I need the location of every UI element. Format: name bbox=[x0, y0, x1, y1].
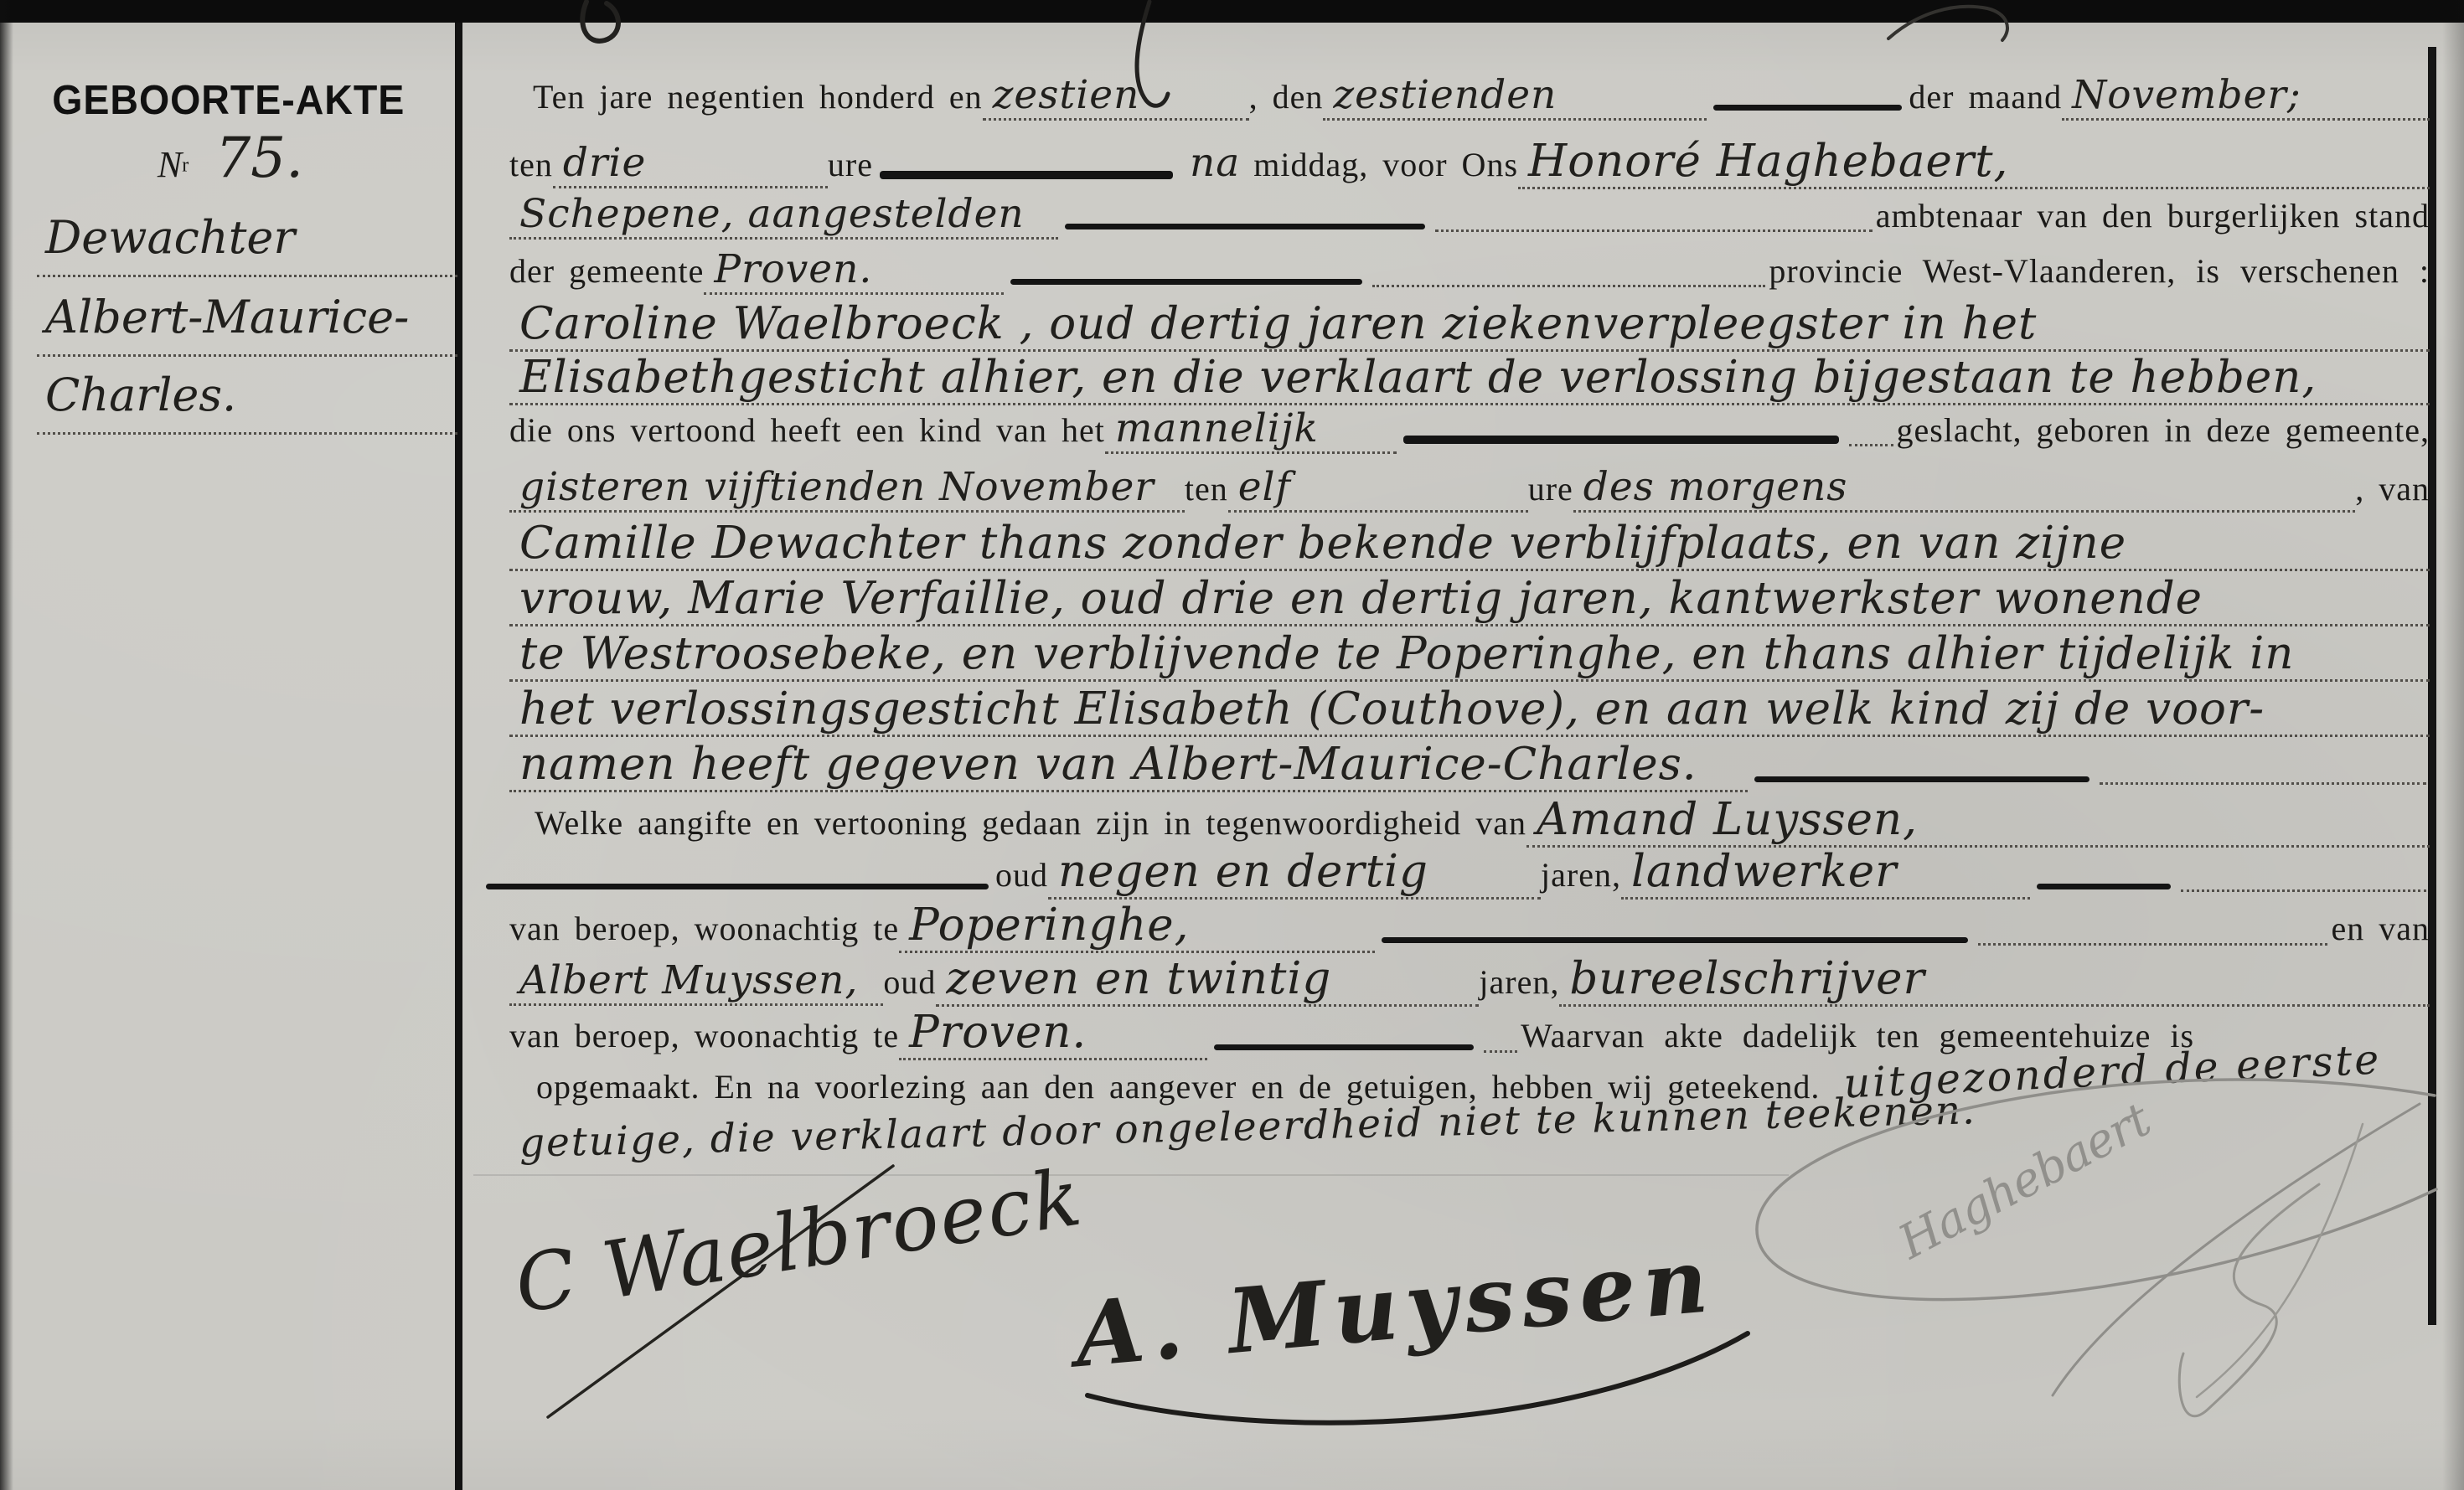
handwritten-entry: Proven. bbox=[899, 1008, 1207, 1060]
printed-text: Welke aangifte en vertooning gedaan zijn… bbox=[535, 802, 1526, 844]
printed-text: ten bbox=[509, 144, 553, 186]
printed-text: der gemeente bbox=[509, 250, 704, 292]
pencil-squiggle bbox=[2179, 1184, 2319, 1416]
form-line-17: Albert Muyssen, oud zeven en twintig jar… bbox=[509, 955, 2430, 1007]
witness-signature-1: C Waelbroeck bbox=[509, 1152, 1089, 1331]
handwritten-entry: Schepene, aangestelden bbox=[509, 193, 1058, 240]
witness-signature-2: A. Muyssen bbox=[1071, 1227, 1719, 1387]
margin-name-line-1: Dewachter bbox=[37, 211, 457, 277]
form-line-11: te Westroosebeke, en verblijvende te Pop… bbox=[509, 630, 2430, 682]
fill-line bbox=[1754, 776, 2089, 782]
scan-left-edge bbox=[0, 0, 13, 1490]
fill-line bbox=[1010, 279, 1362, 285]
dotted-leader bbox=[1435, 229, 1873, 232]
printed-text: der maand bbox=[1909, 76, 2062, 118]
printed-text: geslacht, geboren in deze gemeente, bbox=[1897, 410, 2430, 451]
margin-name-line-2: Albert-Maurice- bbox=[37, 291, 457, 357]
printed-text: van beroep, woonachtig te bbox=[509, 908, 899, 950]
form-line-16: van beroep, woonachtig te Poperinghe, en… bbox=[509, 901, 2430, 953]
scan-right-edge bbox=[2442, 0, 2464, 1490]
handwritten-entry: gisteren vijftienden November bbox=[509, 466, 1185, 513]
form-line-13: namen heeft gegeven van Albert-Maurice-C… bbox=[509, 740, 2430, 792]
scan-top-edge bbox=[0, 0, 2464, 23]
form-line-12: het verlossingsgesticht Elisabeth (Couth… bbox=[509, 685, 2430, 737]
pencil-tail-stroke bbox=[2197, 1124, 2363, 1397]
handwritten-entry: vrouw, Marie Verfaillie, oud drie en der… bbox=[509, 575, 2430, 626]
printed-text: Ten jare negentien honderd en bbox=[533, 76, 983, 118]
form-line-9: Camille Dewachter thans zonder bekende v… bbox=[509, 519, 2430, 571]
handwritten-entry: Poperinghe, bbox=[899, 901, 1375, 953]
dotted-leader bbox=[2100, 782, 2426, 785]
printed-text: ure bbox=[828, 144, 873, 186]
dotted-leader bbox=[1978, 943, 2327, 946]
fill-line bbox=[1713, 105, 1902, 111]
handwritten-entry: het verlossingsgesticht Elisabeth (Couth… bbox=[509, 685, 2430, 737]
handwritten-entry: November; bbox=[2062, 74, 2430, 121]
fill-line bbox=[1065, 224, 1425, 229]
printed-text: , van bbox=[2355, 468, 2430, 510]
form-line-8: gisteren vijftienden November ten elf ur… bbox=[509, 466, 2430, 513]
fill-line bbox=[486, 884, 989, 889]
handwritten-entry: Honoré Haghebaert, bbox=[1518, 137, 2430, 189]
record-number: Nr 75. bbox=[34, 126, 427, 190]
printed-text: ten bbox=[1185, 468, 1228, 510]
handwritten-entry: Proven. bbox=[704, 248, 1004, 295]
form-line-3: Schepene, aangestelden ambtenaar van den… bbox=[509, 193, 2430, 240]
form-line-15: oud negen en dertig jaren, landwerker bbox=[509, 848, 2430, 900]
fill-line bbox=[1403, 436, 1839, 444]
printed-text: van beroep, woonachtig te bbox=[509, 1015, 899, 1057]
handwritten-entry: zeven en twintig bbox=[936, 955, 1479, 1007]
handwritten-entry: landwerker bbox=[1621, 848, 2030, 900]
fill-line bbox=[880, 171, 1173, 179]
paper-crease bbox=[473, 1174, 1789, 1176]
handwritten-entry: Elisabethgesticht alhier, en die verklaa… bbox=[509, 353, 2430, 405]
record-number-value: 75. bbox=[215, 126, 303, 190]
handwritten-entry: elf bbox=[1228, 466, 1528, 513]
printed-text: ure bbox=[1528, 468, 1573, 510]
handwritten-entry: Camille Dewachter thans zonder bekende v… bbox=[509, 519, 2430, 571]
handwritten-entry: mannelijk bbox=[1105, 407, 1397, 454]
printed-text: provincie West-Vlaanderen, is verschenen… bbox=[1769, 250, 2430, 292]
printed-text: ambtenaar van den burgerlijken stand bbox=[1876, 195, 2430, 237]
form-line-1: Ten jare negentien honderd en zestien , … bbox=[509, 74, 2430, 121]
record-number-label: N bbox=[158, 144, 182, 185]
fill-line bbox=[2037, 884, 2171, 889]
form-line-14: Welke aangifte en vertooning gedaan zijn… bbox=[509, 796, 2430, 848]
form-line-5: Caroline Waelbroeck , oud dertig jaren z… bbox=[509, 300, 2430, 352]
form-line-4: der gemeente Proven. provincie West-Vlaa… bbox=[509, 248, 2430, 295]
dotted-leader bbox=[2181, 889, 2426, 892]
printed-text: jaren, bbox=[1541, 854, 1621, 896]
form-line-7: die ons vertoond heeft een kind van het … bbox=[509, 407, 2430, 454]
printed-text: die ons vertoond heeft een kind van het bbox=[509, 410, 1105, 451]
printed-text: en van bbox=[2331, 908, 2430, 950]
handwritten-entry: te Westroosebeke, en verblijvende te Pop… bbox=[509, 630, 2430, 682]
printed-text: oud bbox=[995, 854, 1048, 896]
handwritten-entry: Caroline Waelbroeck , oud dertig jaren z… bbox=[509, 300, 2430, 352]
handwritten-entry: Albert Muyssen, bbox=[509, 959, 883, 1006]
handwritten-entry: negen en dertig bbox=[1048, 848, 1541, 900]
dotted-leader bbox=[1849, 444, 1893, 446]
margin-name-line-3: Charles. bbox=[37, 369, 457, 435]
dotted-leader bbox=[1484, 1050, 1517, 1053]
handwritten-entry: na bbox=[1180, 142, 1253, 186]
handwritten-entry: Amand Luyssen, bbox=[1526, 796, 2430, 848]
handwritten-entry: zestien bbox=[983, 74, 1249, 121]
form-line-10: vrouw, Marie Verfaillie, oud drie en der… bbox=[509, 575, 2430, 626]
handwritten-entry: namen heeft gegeven van Albert-Maurice-C… bbox=[509, 740, 1748, 792]
birth-certificate-scan: GEBOORTE-AKTE Nr 75. Dewachter Albert-Ma… bbox=[0, 0, 2464, 1490]
handwritten-entry: des morgens bbox=[1573, 466, 2355, 513]
fill-line bbox=[1382, 937, 1968, 943]
printed-text: middag, voor Ons bbox=[1253, 144, 1518, 186]
record-number-label-sup: r bbox=[182, 155, 189, 177]
printed-text: oud bbox=[883, 962, 936, 1003]
handwritten-entry: zestienden bbox=[1323, 74, 1707, 121]
form-line-2: ten drie ure na middag, voor Ons Honoré … bbox=[509, 137, 2430, 189]
printed-text: , den bbox=[1249, 76, 1324, 118]
printed-text: jaren, bbox=[1479, 962, 1559, 1003]
dotted-leader bbox=[1372, 285, 1765, 287]
handwritten-entry: bureelschrijver bbox=[1559, 955, 2430, 1007]
fill-line bbox=[1214, 1044, 1474, 1050]
handwritten-entry: drie bbox=[553, 142, 828, 188]
record-title: GEBOORTE-AKTE bbox=[34, 77, 424, 124]
form-line-6: Elisabethgesticht alhier, en die verklaa… bbox=[509, 353, 2430, 405]
